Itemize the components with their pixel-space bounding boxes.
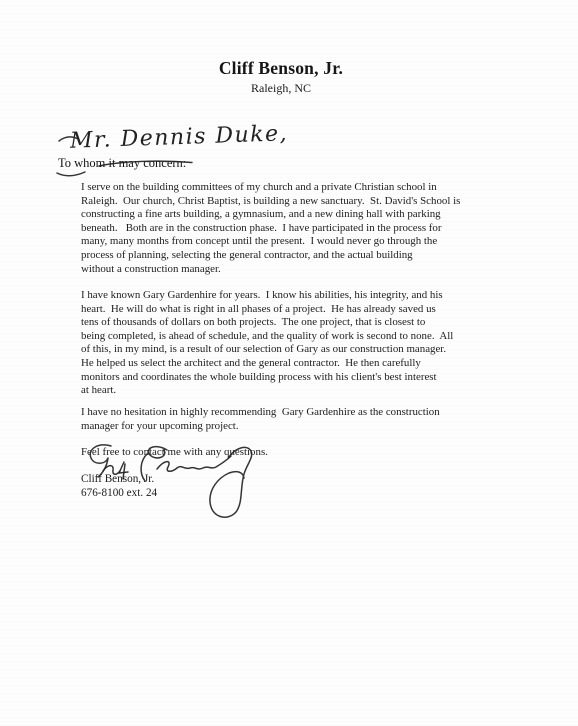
whom-underline <box>57 172 85 176</box>
letterhead-name: Cliff Benson, Jr. <box>0 58 562 79</box>
letterhead: Cliff Benson, Jr. Raleigh, NC <box>0 58 562 96</box>
handwritten-recipient: Mr. Dennis Duke, <box>70 121 289 154</box>
body-paragraph-1: I serve on the building committees of my… <box>81 181 551 276</box>
signoff-block: Cliff Benson, Jr. 676-8100 ext. 24 <box>81 473 157 500</box>
salutation-line: To whom it may concern: <box>58 156 186 171</box>
closing-line: Feel free to contact me with any questio… <box>81 446 551 460</box>
body-paragraph-2: I have known Gary Gardenhire for years. … <box>81 289 551 398</box>
scanned-letter-page: Cliff Benson, Jr. Raleigh, NC Mr. Dennis… <box>0 0 578 726</box>
signoff-name: Cliff Benson, Jr. <box>81 473 157 487</box>
body-paragraph-3: I have no hesitation in highly recommend… <box>81 406 551 433</box>
letterhead-city: Raleigh, NC <box>0 81 562 96</box>
signoff-phone: 676-8100 ext. 24 <box>81 487 157 501</box>
